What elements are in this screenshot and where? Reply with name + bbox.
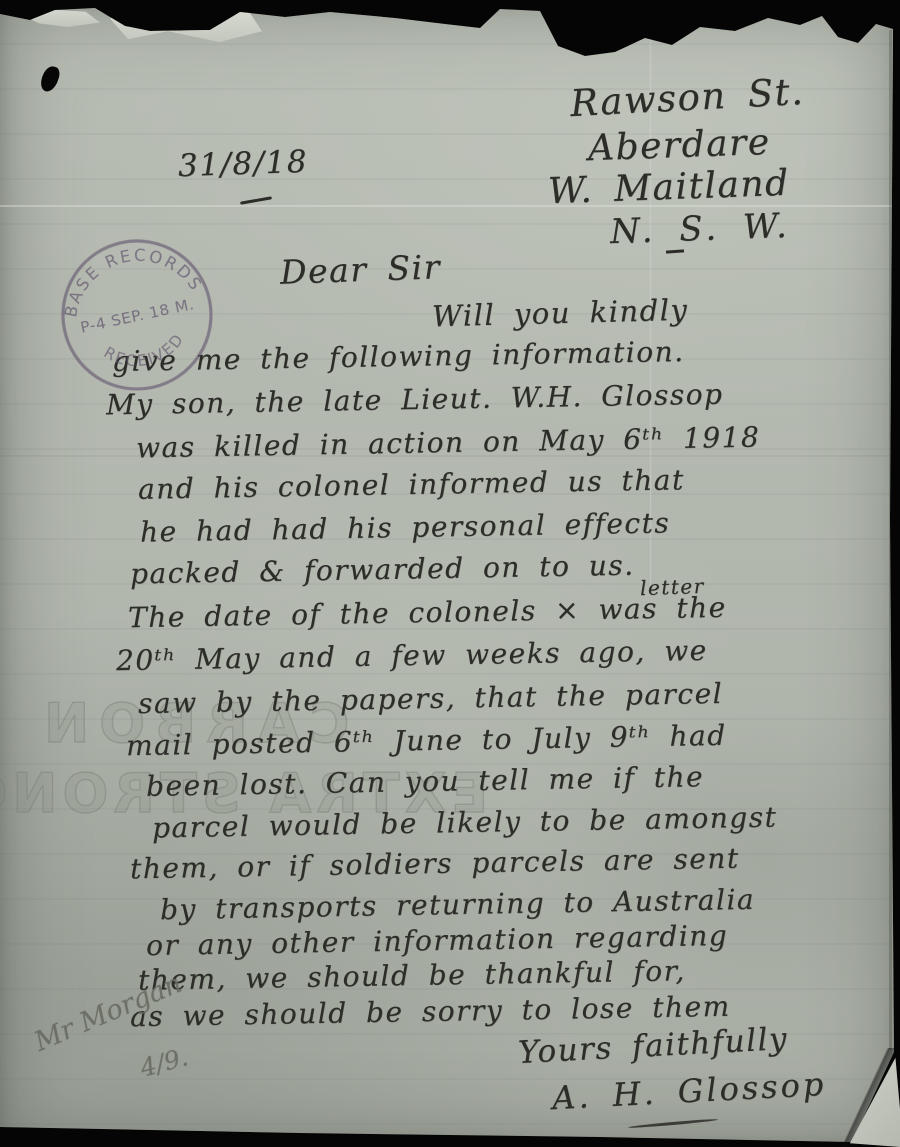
scan-edge-shadow	[889, 30, 892, 1050]
stamp-arc-bottom-text: RECEIVED	[98, 327, 192, 378]
address-line-town: W. Maitland	[547, 163, 790, 212]
opening-line: Will you kindly	[432, 293, 689, 334]
svg-text:RECEIVED: RECEIVED	[98, 327, 192, 378]
inserted-word: letter	[640, 574, 706, 600]
salutation: Dear Sir	[279, 247, 441, 292]
scanned-letter-page: CARBON EXTRA STRONG Rawson St. Aberdare …	[0, 0, 900, 1147]
letter-paper: CARBON EXTRA STRONG Rawson St. Aberdare …	[0, 0, 900, 1147]
stamp-date-text: P-4 SEP. 18 M.	[79, 295, 196, 337]
address-line-suburb: Aberdare	[587, 122, 771, 169]
address-line-state: N. S. W.	[609, 206, 791, 252]
letter-date: 31/8/18	[177, 144, 308, 185]
base-records-received-stamp: BASE RECORDS P-4 SEP. 18 M. RECEIVED	[43, 221, 230, 408]
